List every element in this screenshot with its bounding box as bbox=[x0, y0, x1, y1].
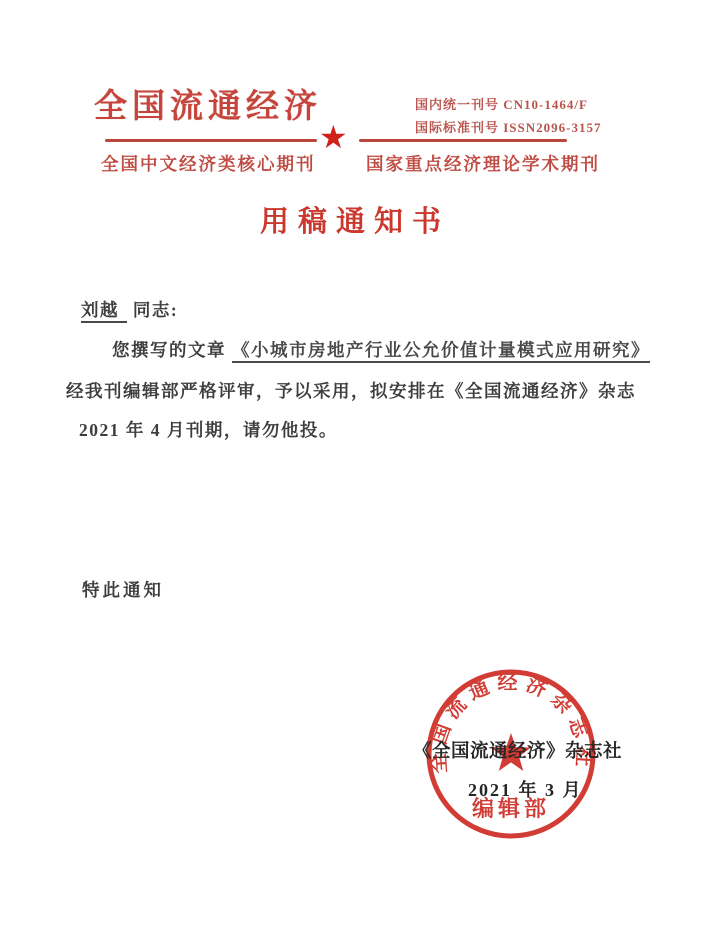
tagline-core-journal: 全国中文经济类核心期刊 bbox=[101, 151, 316, 176]
signature-organization: 《全国流通经济》杂志社 bbox=[413, 737, 622, 763]
acceptance-letter-page: 全国流通经济 国内统一刊号 CN10-1464/F 国际标准刊号 ISSN209… bbox=[0, 0, 720, 946]
journal-name: 全国流通经济 bbox=[94, 80, 322, 127]
divider-rule-left bbox=[105, 139, 317, 142]
star-icon: ★ bbox=[319, 120, 348, 154]
article-title: 《小城市房地产行业公允价值计量模式应用研究》 bbox=[232, 340, 650, 363]
domestic-issn-line: 国内统一刊号 CN10-1464/F bbox=[415, 93, 602, 116]
paragraph-lead: 您撰写的文章 bbox=[112, 340, 226, 360]
signature-date: 2021 年 3 月 bbox=[468, 776, 583, 802]
recipient-suffix: 同志: bbox=[133, 300, 178, 320]
tagline-academic-journal: 国家重点经济理论学术期刊 bbox=[366, 151, 600, 176]
paragraph-line-2: 经我刊编辑部严格评审，予以采用，拟安排在《全国流通经济》杂志 bbox=[66, 378, 636, 403]
closing-phrase: 特此通知 bbox=[82, 577, 164, 602]
divider-rule-right bbox=[359, 139, 567, 142]
salutation-line: 刘越 同志: bbox=[81, 297, 178, 322]
recipient-name: 刘越 bbox=[81, 300, 127, 323]
paragraph-line-3: 2021 年 4 月刊期，请勿他投。 bbox=[79, 417, 338, 442]
document-title: 用稿通知书 bbox=[0, 199, 710, 240]
paragraph-line-1: 您撰写的文章《小城市房地产行业公允价值计量模式应用研究》 bbox=[112, 337, 650, 362]
